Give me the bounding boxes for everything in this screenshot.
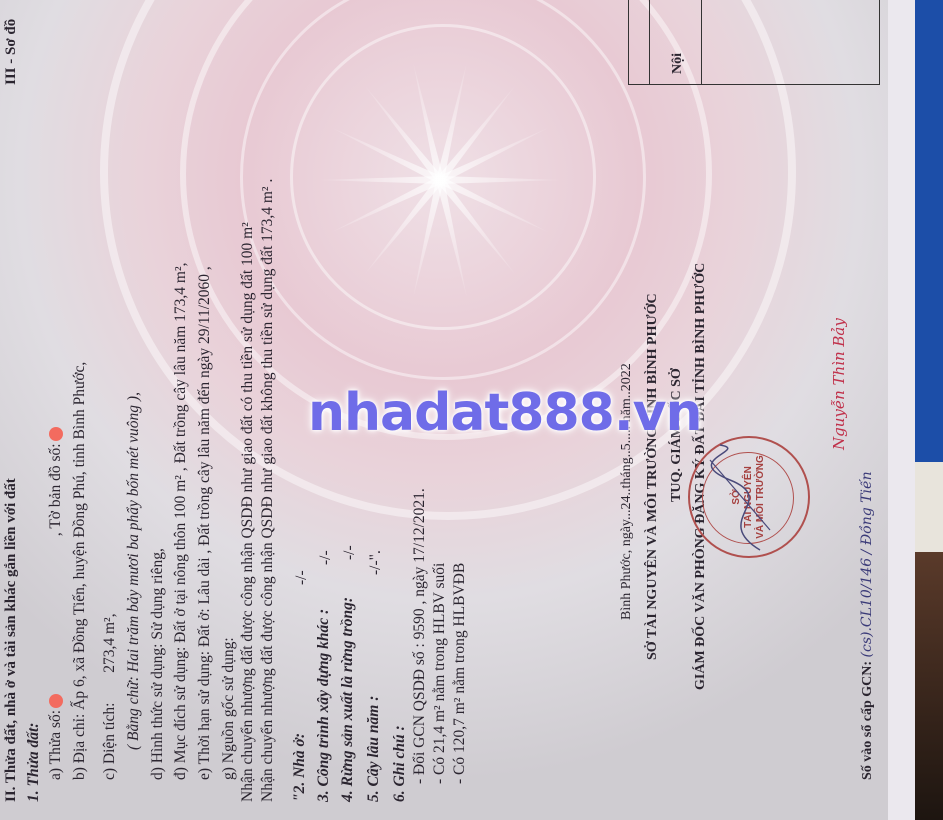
construction-value: -/- [318, 550, 334, 565]
note-item: - Có 120,7 m² nằm trong HLBVĐB [452, 563, 468, 784]
registry-row: Số vào sổ cấp GCN: (cs).CL10/146 / Đồng … [860, 471, 875, 780]
parcel-heading: 1. Thửa đất: [26, 723, 42, 802]
paper-margin [885, 0, 915, 820]
signer-name: Nguyễn Thìn Bảy [832, 318, 847, 450]
parcel-area-row: c) Diện tích: 273,4 m², [102, 613, 118, 780]
usage-origin-line2: Nhận chuyển nhượng đất được công nhận QS… [260, 179, 276, 802]
perennial-label: 5. Cây lâu năm : [366, 696, 382, 802]
table-divider [701, 0, 702, 84]
house-value: -/- [294, 570, 310, 585]
house-label: "2. Nhà ở: [292, 733, 308, 802]
registry-number: (cs).CL10/146 [859, 558, 875, 658]
registry-location: / Đồng Tiến [859, 471, 875, 554]
note-item: - Đổi GCN QSDĐ số : 9590 , ngày 17/12/20… [412, 488, 428, 784]
background-blue-surface [912, 0, 943, 462]
redaction-mark [49, 427, 63, 441]
usage-origin-line1: Nhận chuyển nhượng đất được công nhận QS… [240, 222, 256, 802]
area-value: 273,4 m², [101, 613, 118, 672]
section-title: II. Thửa đất, nhà ở và tài sản khác gắn … [4, 478, 19, 802]
table-divider [649, 0, 650, 84]
parcel-number-label: a) Thửa số: [47, 710, 64, 780]
area-in-words: ( Bằng chữ: Hai trăm bảy mươi ba phẩy bố… [126, 392, 142, 750]
usage-origin-label: g) Nguồn gốc sử dụng: [221, 637, 237, 780]
perennial-value: -/-". [368, 550, 384, 575]
usage-term: e) Thời hạn sử dụng: Đất ở: Lâu dài , Đấ… [197, 266, 213, 780]
redaction-mark [49, 694, 63, 708]
diagram-header: III - Sơ đồ [4, 19, 19, 85]
diagram-table-label: Nội [671, 53, 685, 74]
diagram-table: Nội [628, 0, 880, 85]
area-label: c) Diện tích: [101, 703, 118, 780]
watermark-text: nhadat888.vn [308, 383, 702, 443]
forest-value: -/- [342, 545, 358, 560]
background-white-surface [912, 462, 943, 552]
notes-label: 6. Ghi chú : [392, 725, 408, 802]
handwritten-signature [700, 440, 790, 560]
map-sheet-label: , Tờ bản đồ số: [47, 443, 64, 536]
parcel-number-row: a) Thửa số: , Tờ bản đồ số: [48, 427, 64, 780]
usage-purpose: đ) Mục đích sử dụng: Đất ở tại nông thôn… [173, 262, 189, 780]
forest-label: 4. Rừng sản xuất là rừng trồng: [340, 597, 356, 802]
parcel-address: b) Địa chỉ: Ấp 6, xã Đồng Tiến, huyện Đồ… [72, 362, 88, 780]
construction-label: 3. Công trình xây dựng khác : [316, 609, 332, 802]
note-item: - Có 21,4 m² nằm trong HLBV suối [432, 563, 448, 784]
issuing-authority: SỞ TÀI NGUYÊN VÀ MÔI TRƯỜNG TỈNH BÌNH PH… [646, 293, 660, 660]
registry-label: Số vào sổ cấp GCN: [860, 661, 875, 780]
usage-form: d) Hình thức sử dụng: Sử dụng riêng, [150, 548, 166, 780]
